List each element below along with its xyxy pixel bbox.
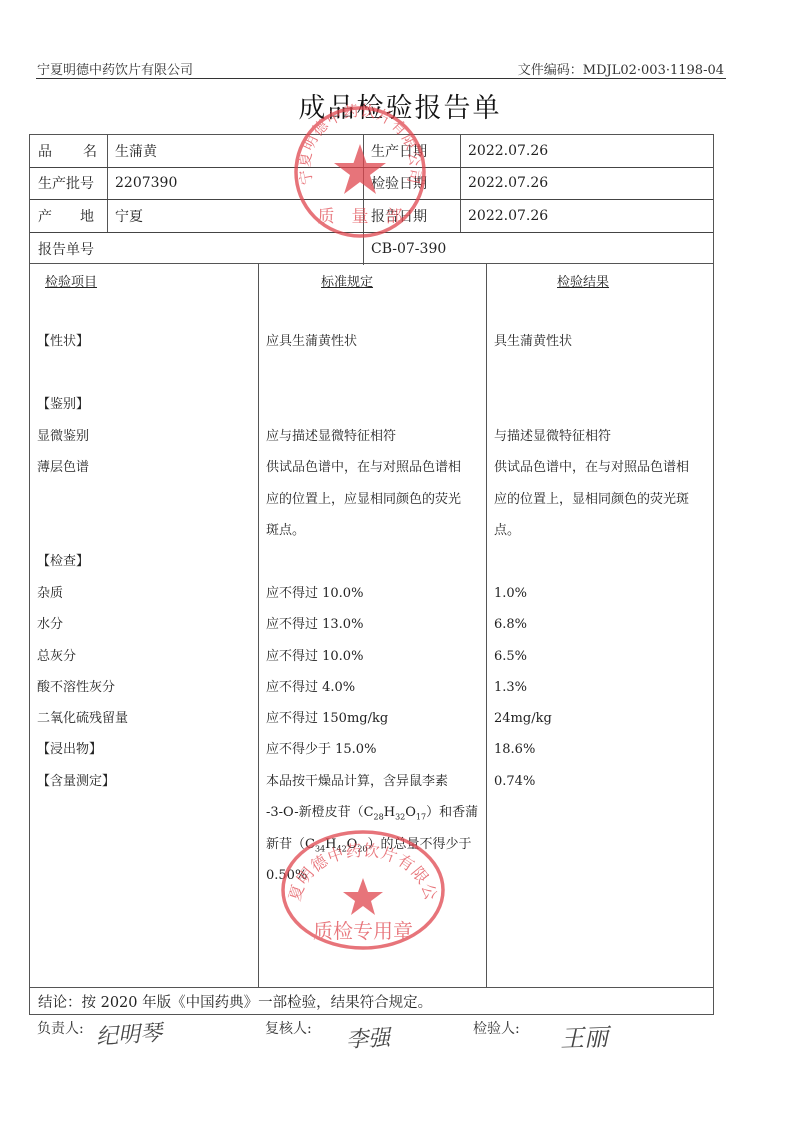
item-jinchuwu: 【浸出物】 bbox=[37, 742, 102, 758]
item-zazhi: 杂质 bbox=[37, 586, 63, 602]
standard-hanliang-line: 本品按干燥品计算，含异鼠李素 bbox=[266, 774, 448, 790]
result-bocheng-line: 供试品色谱中，在与对照品色谱相 bbox=[494, 460, 689, 476]
document-code: 文件编码：MDJL02·003·1198-04 bbox=[518, 59, 724, 78]
standard-column: 标准规定 应具生蒲黄性状 应与描述显微特征相符 供试品色谱中，在与对照品色谱相 … bbox=[259, 264, 487, 987]
item-xingzhuang: 【性状】 bbox=[37, 334, 89, 350]
origin-value: 宁夏 bbox=[107, 200, 363, 232]
report-no-label: 报告单号 bbox=[30, 233, 363, 266]
column-header-standard: 标准规定 bbox=[321, 271, 373, 290]
standard-xianwei: 应与描述显微特征相符 bbox=[266, 429, 396, 445]
item-bocheng: 薄层色谱 bbox=[37, 460, 89, 476]
production-date-value: 2022.07.26 bbox=[460, 135, 710, 167]
item-hanliang: 【含量测定】 bbox=[37, 774, 115, 790]
item-jiancha: 【检查】 bbox=[37, 554, 89, 570]
standard-hanliang-line: -3-O-新橙皮苷（C28H32O17）和香蒲 bbox=[266, 805, 478, 826]
item-xianwei: 显微鉴别 bbox=[37, 429, 89, 445]
standard-shuifen: 应不得过 13.0% bbox=[266, 617, 363, 633]
result-xingzhuang: 具生蒲黄性状 bbox=[494, 334, 572, 350]
standard-zonghuifen: 应不得过 10.0% bbox=[266, 649, 363, 665]
item-column: 检验项目 【性状】 【鉴别】 显微鉴别 薄层色谱 【检查】 杂质 水分 总灰分 … bbox=[30, 264, 259, 987]
column-header-result: 检验结果 bbox=[557, 271, 609, 290]
result-xianwei: 与描述显微特征相符 bbox=[494, 429, 611, 445]
info-row: 生产批号 2207390 检验日期 2022.07.26 bbox=[30, 168, 713, 201]
result-zazhi: 1.0% bbox=[494, 586, 527, 602]
item-jianbie: 【鉴别】 bbox=[37, 397, 89, 413]
reviewer-label: 复核人: bbox=[265, 1018, 312, 1038]
column-header-item: 检验项目 bbox=[45, 271, 97, 290]
standard-hanliang-line: 新苷（C34H42O20）的总量不得少于 bbox=[266, 837, 472, 858]
result-zonghuifen: 6.5% bbox=[494, 649, 527, 665]
batch-label: 生产批号 bbox=[30, 168, 107, 200]
standard-xingzhuang: 应具生蒲黄性状 bbox=[266, 334, 357, 350]
responsible-label: 负责人: bbox=[37, 1018, 84, 1038]
result-hanliang: 0.74% bbox=[494, 774, 535, 790]
batch-value: 2207390 bbox=[107, 168, 363, 200]
origin-label: 产 地 bbox=[30, 200, 107, 232]
inspector-label: 检验人: bbox=[473, 1018, 520, 1038]
info-table: 品 名 生蒲黄 生产日期 2022.07.26 生产批号 2207390 检验日… bbox=[29, 134, 714, 264]
result-bocheng-line: 点。 bbox=[494, 523, 520, 539]
production-date-label: 生产日期 bbox=[363, 135, 460, 167]
standard-hanliang-line: 0.50% bbox=[266, 868, 307, 884]
responsible-signature: 纪明琴 bbox=[95, 1016, 163, 1052]
standard-jinchuwu: 应不得少于 15.0% bbox=[266, 742, 376, 758]
standard-bocheng-line: 应的位置上，应显相同颜色的荧光 bbox=[266, 492, 461, 508]
info-row: 品 名 生蒲黄 生产日期 2022.07.26 bbox=[30, 135, 713, 168]
standard-suanburong: 应不得过 4.0% bbox=[266, 680, 355, 696]
result-shuifen: 6.8% bbox=[494, 617, 527, 633]
result-column: 检验结果 具生蒲黄性状 与描述显微特征相符 供试品色谱中，在与对照品色谱相 应的… bbox=[487, 264, 713, 987]
standard-bocheng-line: 斑点。 bbox=[266, 523, 305, 539]
reviewer-signature: 李强 bbox=[345, 1021, 391, 1054]
document-code-value: MDJL02·003·1198-04 bbox=[583, 63, 724, 78]
inspector-signature: 王丽 bbox=[559, 1017, 608, 1054]
document-code-label: 文件编码： bbox=[518, 63, 583, 78]
report-date-label: 报告日期 bbox=[363, 200, 460, 232]
result-suanburong: 1.3% bbox=[494, 680, 527, 696]
info-row: 报告单号 CB-07-390 bbox=[30, 233, 713, 266]
item-suanburong: 酸不溶性灰分 bbox=[37, 680, 115, 696]
product-name-value: 生蒲黄 bbox=[107, 135, 363, 167]
item-eryanghualiu: 二氧化硫残留量 bbox=[37, 711, 128, 727]
conclusion: 结论：按 2020 年版《中国药典》一部检验，结果符合规定。 bbox=[29, 987, 714, 1015]
standard-zazhi: 应不得过 10.0% bbox=[266, 586, 363, 602]
report-date-value: 2022.07.26 bbox=[460, 200, 710, 232]
standard-eryanghualiu: 应不得过 150mg/kg bbox=[266, 711, 388, 727]
header-divider bbox=[36, 78, 726, 79]
standard-bocheng-line: 供试品色谱中，在与对照品色谱相 bbox=[266, 460, 461, 476]
item-zonghuifen: 总灰分 bbox=[37, 649, 76, 665]
inspection-date-label: 检验日期 bbox=[363, 168, 460, 200]
page-title: 成品检验报告单 bbox=[0, 86, 800, 125]
report-no-value: CB-07-390 bbox=[363, 233, 703, 266]
info-row: 产 地 宁夏 报告日期 2022.07.26 bbox=[30, 200, 713, 233]
inspection-date-value: 2022.07.26 bbox=[460, 168, 710, 200]
result-bocheng-line: 应的位置上，显相同颜色的荧光斑 bbox=[494, 492, 689, 508]
product-name-label: 品 名 bbox=[30, 135, 107, 167]
inspection-table: 检验项目 【性状】 【鉴别】 显微鉴别 薄层色谱 【检查】 杂质 水分 总灰分 … bbox=[29, 264, 714, 988]
item-shuifen: 水分 bbox=[37, 617, 63, 633]
result-jinchuwu: 18.6% bbox=[494, 742, 535, 758]
company-name: 宁夏明德中药饮片有限公司 bbox=[37, 59, 193, 78]
result-eryanghualiu: 24mg/kg bbox=[494, 711, 552, 727]
